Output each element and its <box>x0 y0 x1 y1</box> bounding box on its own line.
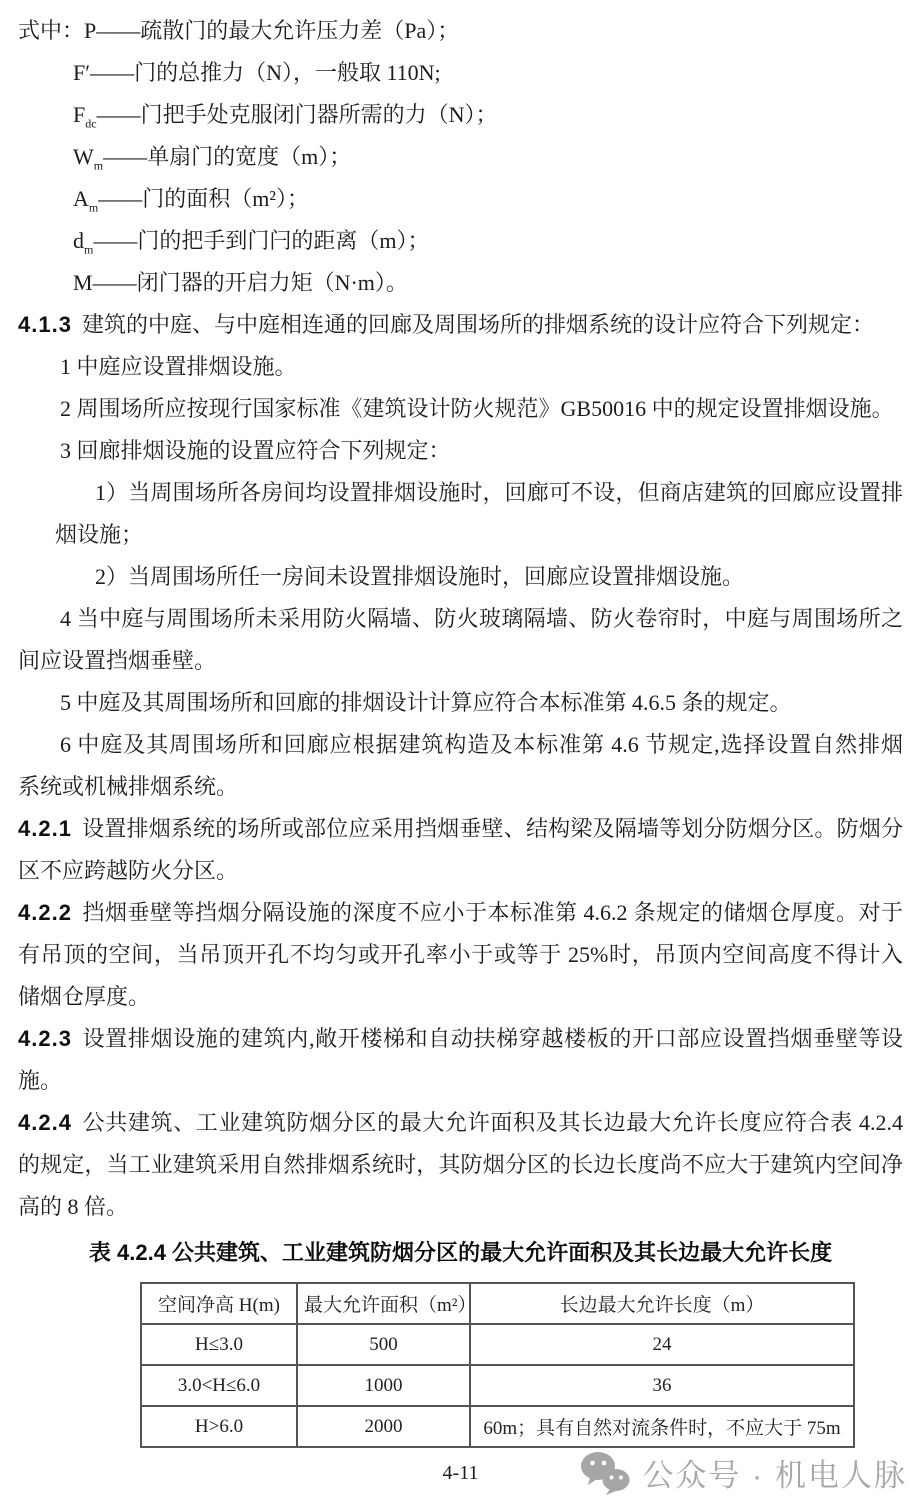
section-number: 4.1.3 <box>18 312 72 337</box>
table-cell: 24 <box>470 1324 854 1365</box>
smoke-zone-table: 空间净高 H(m) 最大允许面积（m²） 长边最大允许长度（m） H≤3.0 5… <box>140 1282 855 1448</box>
table-cell: 500 <box>297 1324 470 1365</box>
table-cell: 2000 <box>297 1406 470 1447</box>
line-text: 3 回廊排烟设施的设置应符合下列规定： <box>60 438 451 463</box>
text-line: 烟设施； <box>18 514 903 556</box>
text-line: 4.2.1设置排烟系统的场所或部位应采用挡烟垂壁、结构梁及隔墙等划分防烟分区。防… <box>18 808 903 850</box>
text-line: 的规定，当工业建筑采用自然排烟系统时，其防烟分区的长边长度尚不应大于建筑内空间净 <box>18 1144 903 1186</box>
text-line: 储烟仓厚度。 <box>18 976 903 1018</box>
line-text: 4 当中庭与周围场所未采用防火隔墙、防火玻璃隔墙、防火卷帘时，中庭与周围场所之 <box>60 606 903 631</box>
line-text: 烟设施； <box>55 522 143 547</box>
text-line: 6 中庭及其周围场所和回廊应根据建筑构造及本标准第 4.6 节规定,选择设置自然… <box>18 724 903 766</box>
line-text: 1 中庭应设置排烟设施。 <box>60 354 297 379</box>
formula-symbol: A <box>73 186 89 211</box>
text-line: 4.2.4公共建筑、工业建筑防烟分区的最大允许面积及其长边最大允许长度应符合表 … <box>18 1102 903 1144</box>
text-line: 2）当周围场所任一房间未设置排烟设施时，回廊应设置排烟设施。 <box>18 556 903 598</box>
line-text: 间应设置挡烟垂壁。 <box>18 648 216 673</box>
formula-symbol: M <box>73 270 93 295</box>
line-text: 设置排烟系统的场所或部位应采用挡烟垂壁、结构梁及隔墙等划分防烟分区。防烟分 <box>82 816 903 841</box>
line-text: 设置排烟设施的建筑内,敞开楼梯和自动扶梯穿越楼板的开口部应设置挡烟垂壁等设 <box>82 1026 903 1051</box>
table-cell: 3.0<H≤6.0 <box>141 1365 297 1406</box>
line-text: ——门的总推力（N），一般取 110N; <box>90 60 441 85</box>
text-line: 2 周围场所应按现行国家标准《建筑设计防火规范》GB50016 中的规定设置排烟… <box>18 388 903 430</box>
formula-symbol: F′ <box>73 60 90 85</box>
line-text: 5 中庭及其周围场所和回廊的排烟设计计算应符合本标准第 4.6.5 条的规定。 <box>60 690 792 715</box>
table-cell: H>6.0 <box>141 1406 297 1447</box>
text-line: 3 回廊排烟设施的设置应符合下列规定： <box>18 430 903 472</box>
line-text: 6 中庭及其周围场所和回廊应根据建筑构造及本标准第 4.6 节规定,选择设置自然… <box>60 732 903 757</box>
table-header-cell: 空间净高 H(m) <box>141 1283 297 1324</box>
formula-symbol: W <box>73 144 94 169</box>
line-text: 区不应跨越防火分区。 <box>18 858 238 883</box>
table-row: H≤3.0 500 24 <box>141 1324 854 1365</box>
section-number: 4.2.1 <box>18 816 72 841</box>
line-text: 1）当周围场所各房间均设置排烟设施时，回廊可不设，但商店建筑的回廊应设置排 <box>95 480 903 505</box>
document-lines: 式中：P——疏散门的最大允许压力差（Pa）；F′——门的总推力（N），一般取 1… <box>18 10 903 1228</box>
text-line: 施。 <box>18 1060 903 1102</box>
section-number: 4.2.4 <box>18 1110 72 1135</box>
line-text: 系统或机械排烟系统。 <box>18 774 238 799</box>
text-line: 4 当中庭与周围场所未采用防火隔墙、防火玻璃隔墙、防火卷帘时，中庭与周围场所之 <box>18 598 903 640</box>
formula-subscript: m <box>84 242 93 256</box>
text-line: Fdc——门把手处克服闭门器所需的力（N）； <box>18 94 903 136</box>
text-line: Wm——单扇门的宽度（m）； <box>18 136 903 178</box>
text-line: F′——门的总推力（N），一般取 110N; <box>18 52 903 94</box>
line-text: ——门的把手到门闩的距离（m）； <box>93 228 429 253</box>
line-text: 2）当周围场所任一房间未设置排烟设施时，回廊应设置排烟设施。 <box>95 564 744 589</box>
text-line: 高的 8 倍。 <box>18 1186 903 1228</box>
section-number: 4.2.3 <box>18 1026 72 1051</box>
text-line: 区不应跨越防火分区。 <box>18 850 903 892</box>
text-line: 4.2.2挡烟垂壁等挡烟分隔设施的深度不应小于本标准第 4.6.2 条规定的储烟… <box>18 892 903 934</box>
table-cell: 1000 <box>297 1365 470 1406</box>
text-line: 4.2.3设置排烟设施的建筑内,敞开楼梯和自动扶梯穿越楼板的开口部应设置挡烟垂壁… <box>18 1018 903 1060</box>
formula-subscript: dc <box>85 116 96 130</box>
text-line: 5 中庭及其周围场所和回廊的排烟设计计算应符合本标准第 4.6.5 条的规定。 <box>18 682 903 724</box>
line-text: ——疏散门的最大允许压力差（Pa）； <box>96 18 459 43</box>
table-row: 3.0<H≤6.0 1000 36 <box>141 1365 854 1406</box>
formula-subscript: m <box>94 158 103 172</box>
text-line: 间应设置挡烟垂壁。 <box>18 640 903 682</box>
line-text: 挡烟垂壁等挡烟分隔设施的深度不应小于本标准第 4.6.2 条规定的储烟仓厚度。对… <box>82 900 903 925</box>
line-text: 施。 <box>18 1068 62 1093</box>
watermark: 公众号 · 机电人脉 <box>580 1450 907 1495</box>
text-line: Am——门的面积（m²）； <box>18 178 903 220</box>
formula-subscript: m <box>89 200 98 214</box>
text-line: 式中：P——疏散门的最大允许压力差（Pa）； <box>18 10 903 52</box>
line-text: 的规定，当工业建筑采用自然排烟系统时，其防烟分区的长边长度尚不应大于建筑内空间净 <box>18 1152 903 1177</box>
line-text: 有吊顶的空间，当吊顶开孔不均匀或开孔率小于或等于 25%时，吊顶内空间高度不得计… <box>18 942 903 967</box>
text-line: 1）当周围场所各房间均设置排烟设施时，回廊可不设，但商店建筑的回廊应设置排 <box>18 472 903 514</box>
text-line: M——闭门器的开启力矩（N·m）。 <box>18 262 903 304</box>
line-lead: 式中： <box>18 18 84 43</box>
table-header-row: 空间净高 H(m) 最大允许面积（m²） 长边最大允许长度（m） <box>141 1283 854 1324</box>
formula-symbol: d <box>73 228 84 253</box>
text-line: dm——门的把手到门闩的距离（m）； <box>18 220 903 262</box>
line-text: 公共建筑、工业建筑防烟分区的最大允许面积及其长边最大允许长度应符合表 4.2.4 <box>82 1110 903 1135</box>
formula-symbol: P <box>84 18 96 43</box>
line-text: 储烟仓厚度。 <box>18 984 150 1009</box>
text-line: 系统或机械排烟系统。 <box>18 766 903 808</box>
line-text: 建筑的中庭、与中庭相连通的回廊及周围场所的排烟系统的设计应符合下列规定： <box>82 312 874 337</box>
table-row: H>6.0 2000 60m；具有自然对流条件时，不应大于 75m <box>141 1406 854 1447</box>
formula-symbol: F <box>73 102 85 127</box>
watermark-text: 公众号 · 机电人脉 <box>642 1450 907 1495</box>
line-text: 2 周围场所应按现行国家标准《建筑设计防火规范》GB50016 中的规定设置排烟… <box>60 396 894 421</box>
table-header-cell: 长边最大允许长度（m） <box>470 1283 854 1324</box>
table-cell: H≤3.0 <box>141 1324 297 1365</box>
line-text: ——门把手处克服闭门器所需的力（N）； <box>97 102 498 127</box>
table-title: 表 4.2.4 公共建筑、工业建筑防烟分区的最大允许面积及其长边最大允许长度 <box>18 1236 903 1270</box>
line-text: ——单扇门的宽度（m）； <box>103 144 351 169</box>
line-text: ——门的面积（m²）； <box>98 186 309 211</box>
text-line: 有吊顶的空间，当吊顶开孔不均匀或开孔率小于或等于 25%时，吊顶内空间高度不得计… <box>18 934 903 976</box>
document-page: 式中：P——疏散门的最大允许压力差（Pa）；F′——门的总推力（N），一般取 1… <box>18 10 903 1485</box>
table-cell: 36 <box>470 1365 854 1406</box>
section-number: 4.2.2 <box>18 900 72 925</box>
table-cell: 60m；具有自然对流条件时，不应大于 75m <box>470 1406 854 1447</box>
line-text: ——闭门器的开启力矩（N·m）。 <box>93 270 408 295</box>
line-text: 高的 8 倍。 <box>18 1194 128 1219</box>
text-line: 1 中庭应设置排烟设施。 <box>18 346 903 388</box>
table-header-cell: 最大允许面积（m²） <box>297 1283 470 1324</box>
wechat-icon <box>580 1451 630 1495</box>
text-line: 4.1.3建筑的中庭、与中庭相连通的回廊及周围场所的排烟系统的设计应符合下列规定… <box>18 304 903 346</box>
